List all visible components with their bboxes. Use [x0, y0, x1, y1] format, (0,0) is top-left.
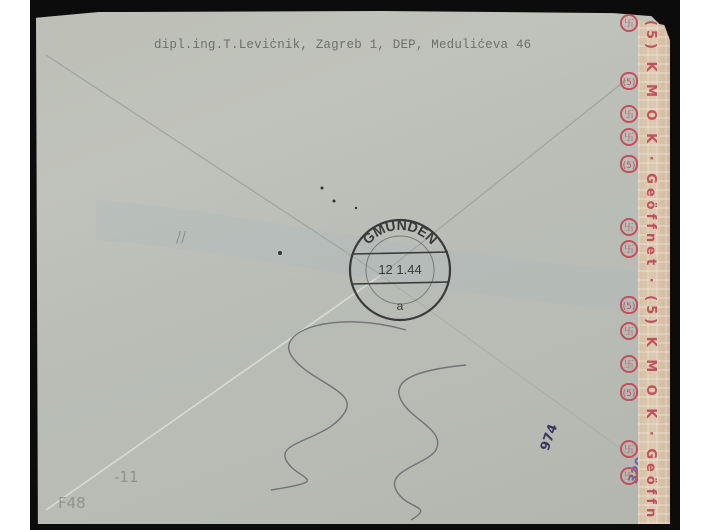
- pencil-note-number: F48: [58, 494, 86, 512]
- svg-text:12 1.44: 12 1.44: [378, 262, 421, 277]
- censor-seal-icon: 卐: [620, 440, 638, 458]
- censor-number-icon: (5): [620, 296, 638, 314]
- censor-seal-icon: 卐: [620, 128, 638, 146]
- sender-address: dipl.ing.T.Leviċnik, Zagreb 1, DEP, Medu…: [154, 38, 531, 52]
- pencil-note-dash: -11: [114, 468, 139, 486]
- censor-number-icon: (5): [620, 383, 638, 401]
- svg-text:GMUNDEN: GMUNDEN: [359, 217, 441, 247]
- censor-seal-icon: 卐: [620, 355, 638, 373]
- censor-tape-text: (5) K M O K · Geöffnet · (5) K M O K · G…: [640, 20, 658, 520]
- censor-seal-icon: 卐: [620, 240, 638, 258]
- gmunden-postmark: GMUNDEN 12 1.44 a: [342, 212, 458, 324]
- censor-seal-icon: 卐: [620, 14, 638, 32]
- svg-text:a: a: [397, 299, 404, 313]
- censor-seal-icon: 卐: [620, 218, 638, 236]
- censor-seal-icon: 卐: [620, 105, 638, 123]
- censor-number-icon: (5): [620, 72, 638, 90]
- pencil-tick-marks: //: [176, 228, 186, 246]
- wavy-line: [271, 322, 406, 490]
- censor-seal-icon: 卐: [620, 467, 638, 485]
- censor-number-icon: (5): [620, 155, 638, 173]
- censor-seal-icon: 卐: [620, 322, 638, 340]
